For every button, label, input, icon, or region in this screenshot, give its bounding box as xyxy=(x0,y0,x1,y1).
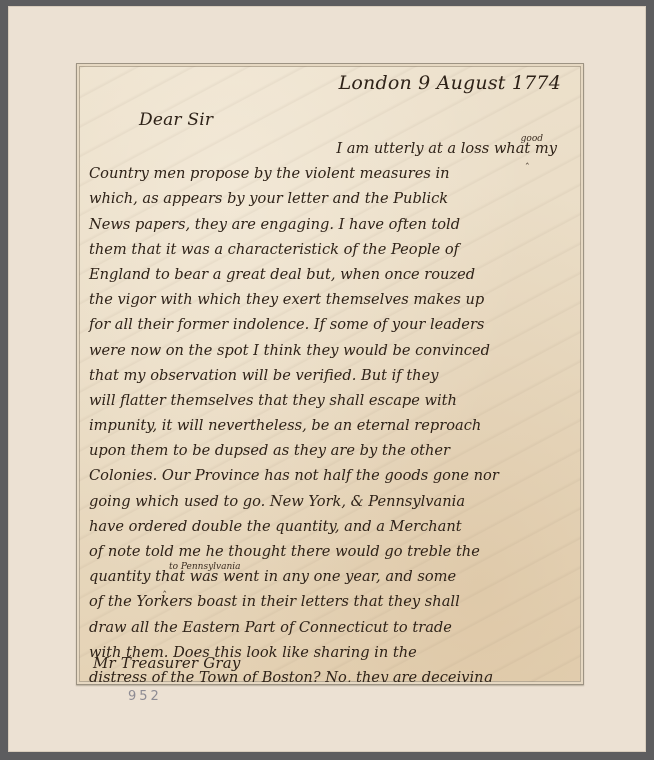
body-line: I am utterly at a loss what my good ‸ xyxy=(89,136,565,161)
catalog-number: 952 xyxy=(128,689,162,704)
body-line: quantity that was went in any one year, … xyxy=(89,564,565,589)
body-line-text: quantity that was went in any one year, … xyxy=(89,568,456,585)
body-line: England to bear a great deal but, when o… xyxy=(89,262,565,287)
letter-body: I am utterly at a loss what my good ‸ Co… xyxy=(89,136,565,682)
body-line: impunity, it will nevertheless, be an et… xyxy=(89,413,565,438)
body-line: that my observation will be verified. Bu… xyxy=(89,363,565,388)
body-line: draw all the Eastern Part of Connecticut… xyxy=(89,615,565,640)
body-line: will flatter themselves that they shall … xyxy=(89,388,565,413)
body-line: for all their former indolence. If some … xyxy=(89,312,565,337)
body-line: which, as appears by your letter and the… xyxy=(89,186,565,211)
body-line: going which used to go. New York, & Penn… xyxy=(89,489,565,514)
letter-frame: London 9 August 1774 Dear Sir I am utter… xyxy=(76,63,584,685)
letter-paper: London 9 August 1774 Dear Sir I am utter… xyxy=(79,66,581,682)
body-line: have ordered double the quantity, and a … xyxy=(89,514,565,539)
body-line: them that it was a characteristick of th… xyxy=(89,237,565,262)
salutation: Dear Sir xyxy=(139,110,213,130)
body-line: of note told me he thought there would g… xyxy=(89,539,565,564)
body-line: News papers, they are engaging. I have o… xyxy=(89,212,565,237)
body-line: Colonies. Our Province has not half the … xyxy=(89,463,565,488)
body-line: the vigor with which they exert themselv… xyxy=(89,287,565,312)
body-line: were now on the spot I think they would … xyxy=(89,338,565,363)
body-line: of the Yorkers boast in their letters th… xyxy=(89,589,565,614)
addressee: Mr Treasurer Gray xyxy=(93,654,241,672)
interlineation: to Pennsylvania xyxy=(169,555,241,580)
dateline: London 9 August 1774 xyxy=(339,72,561,94)
body-line: Country men propose by the violent measu… xyxy=(89,161,565,186)
mount-board: London 9 August 1774 Dear Sir I am utter… xyxy=(8,6,646,752)
interlineation: good xyxy=(521,127,543,152)
body-line: upon them to be dupsed as they are by th… xyxy=(89,438,565,463)
